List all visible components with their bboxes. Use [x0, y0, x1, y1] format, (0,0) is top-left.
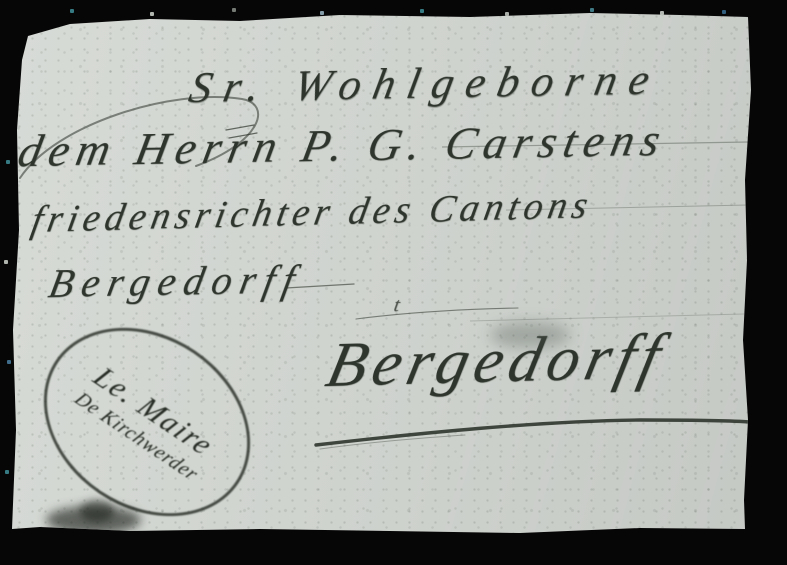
- scan-noise-speck: [660, 11, 664, 15]
- scan-noise-speck: [150, 12, 154, 16]
- lead-in-stroke: [356, 308, 518, 319]
- scan-noise-speck: [590, 8, 594, 12]
- fold-crease: [470, 314, 744, 321]
- address-line-salutation: Sr. Wohlgeborne: [185, 54, 666, 113]
- letter-paper: Sr. Wohlgeborne dem Herrn P. G. Carstens…: [0, 0, 787, 565]
- address-line-recipient-title: friedensrichter des Cantons: [28, 183, 596, 242]
- scan-noise-speck: [722, 10, 726, 14]
- scan-noise-speck: [5, 470, 9, 474]
- scanned-letter-cover: Sr. Wohlgeborne dem Herrn P. G. Carstens…: [0, 0, 787, 565]
- paper-smudge: [490, 322, 570, 348]
- scan-noise-speck: [232, 8, 236, 12]
- scan-noise-speck: [7, 360, 11, 364]
- address-line-place: Bergedorff: [45, 256, 307, 307]
- ink-smudge: [80, 500, 114, 522]
- scan-noise-speck: [4, 260, 8, 264]
- superscript-mark: t: [392, 294, 402, 317]
- scan-noise-speck: [505, 12, 509, 16]
- scan-noise-speck: [420, 9, 424, 13]
- address-line-recipient-name: dem Herrn P. G. Carstens: [14, 113, 672, 177]
- scan-noise-speck: [6, 160, 10, 164]
- underline-hairline: [320, 435, 465, 449]
- scan-noise-speck: [320, 11, 324, 15]
- scan-noise-speck: [70, 9, 74, 13]
- underline-flourish: [316, 420, 750, 445]
